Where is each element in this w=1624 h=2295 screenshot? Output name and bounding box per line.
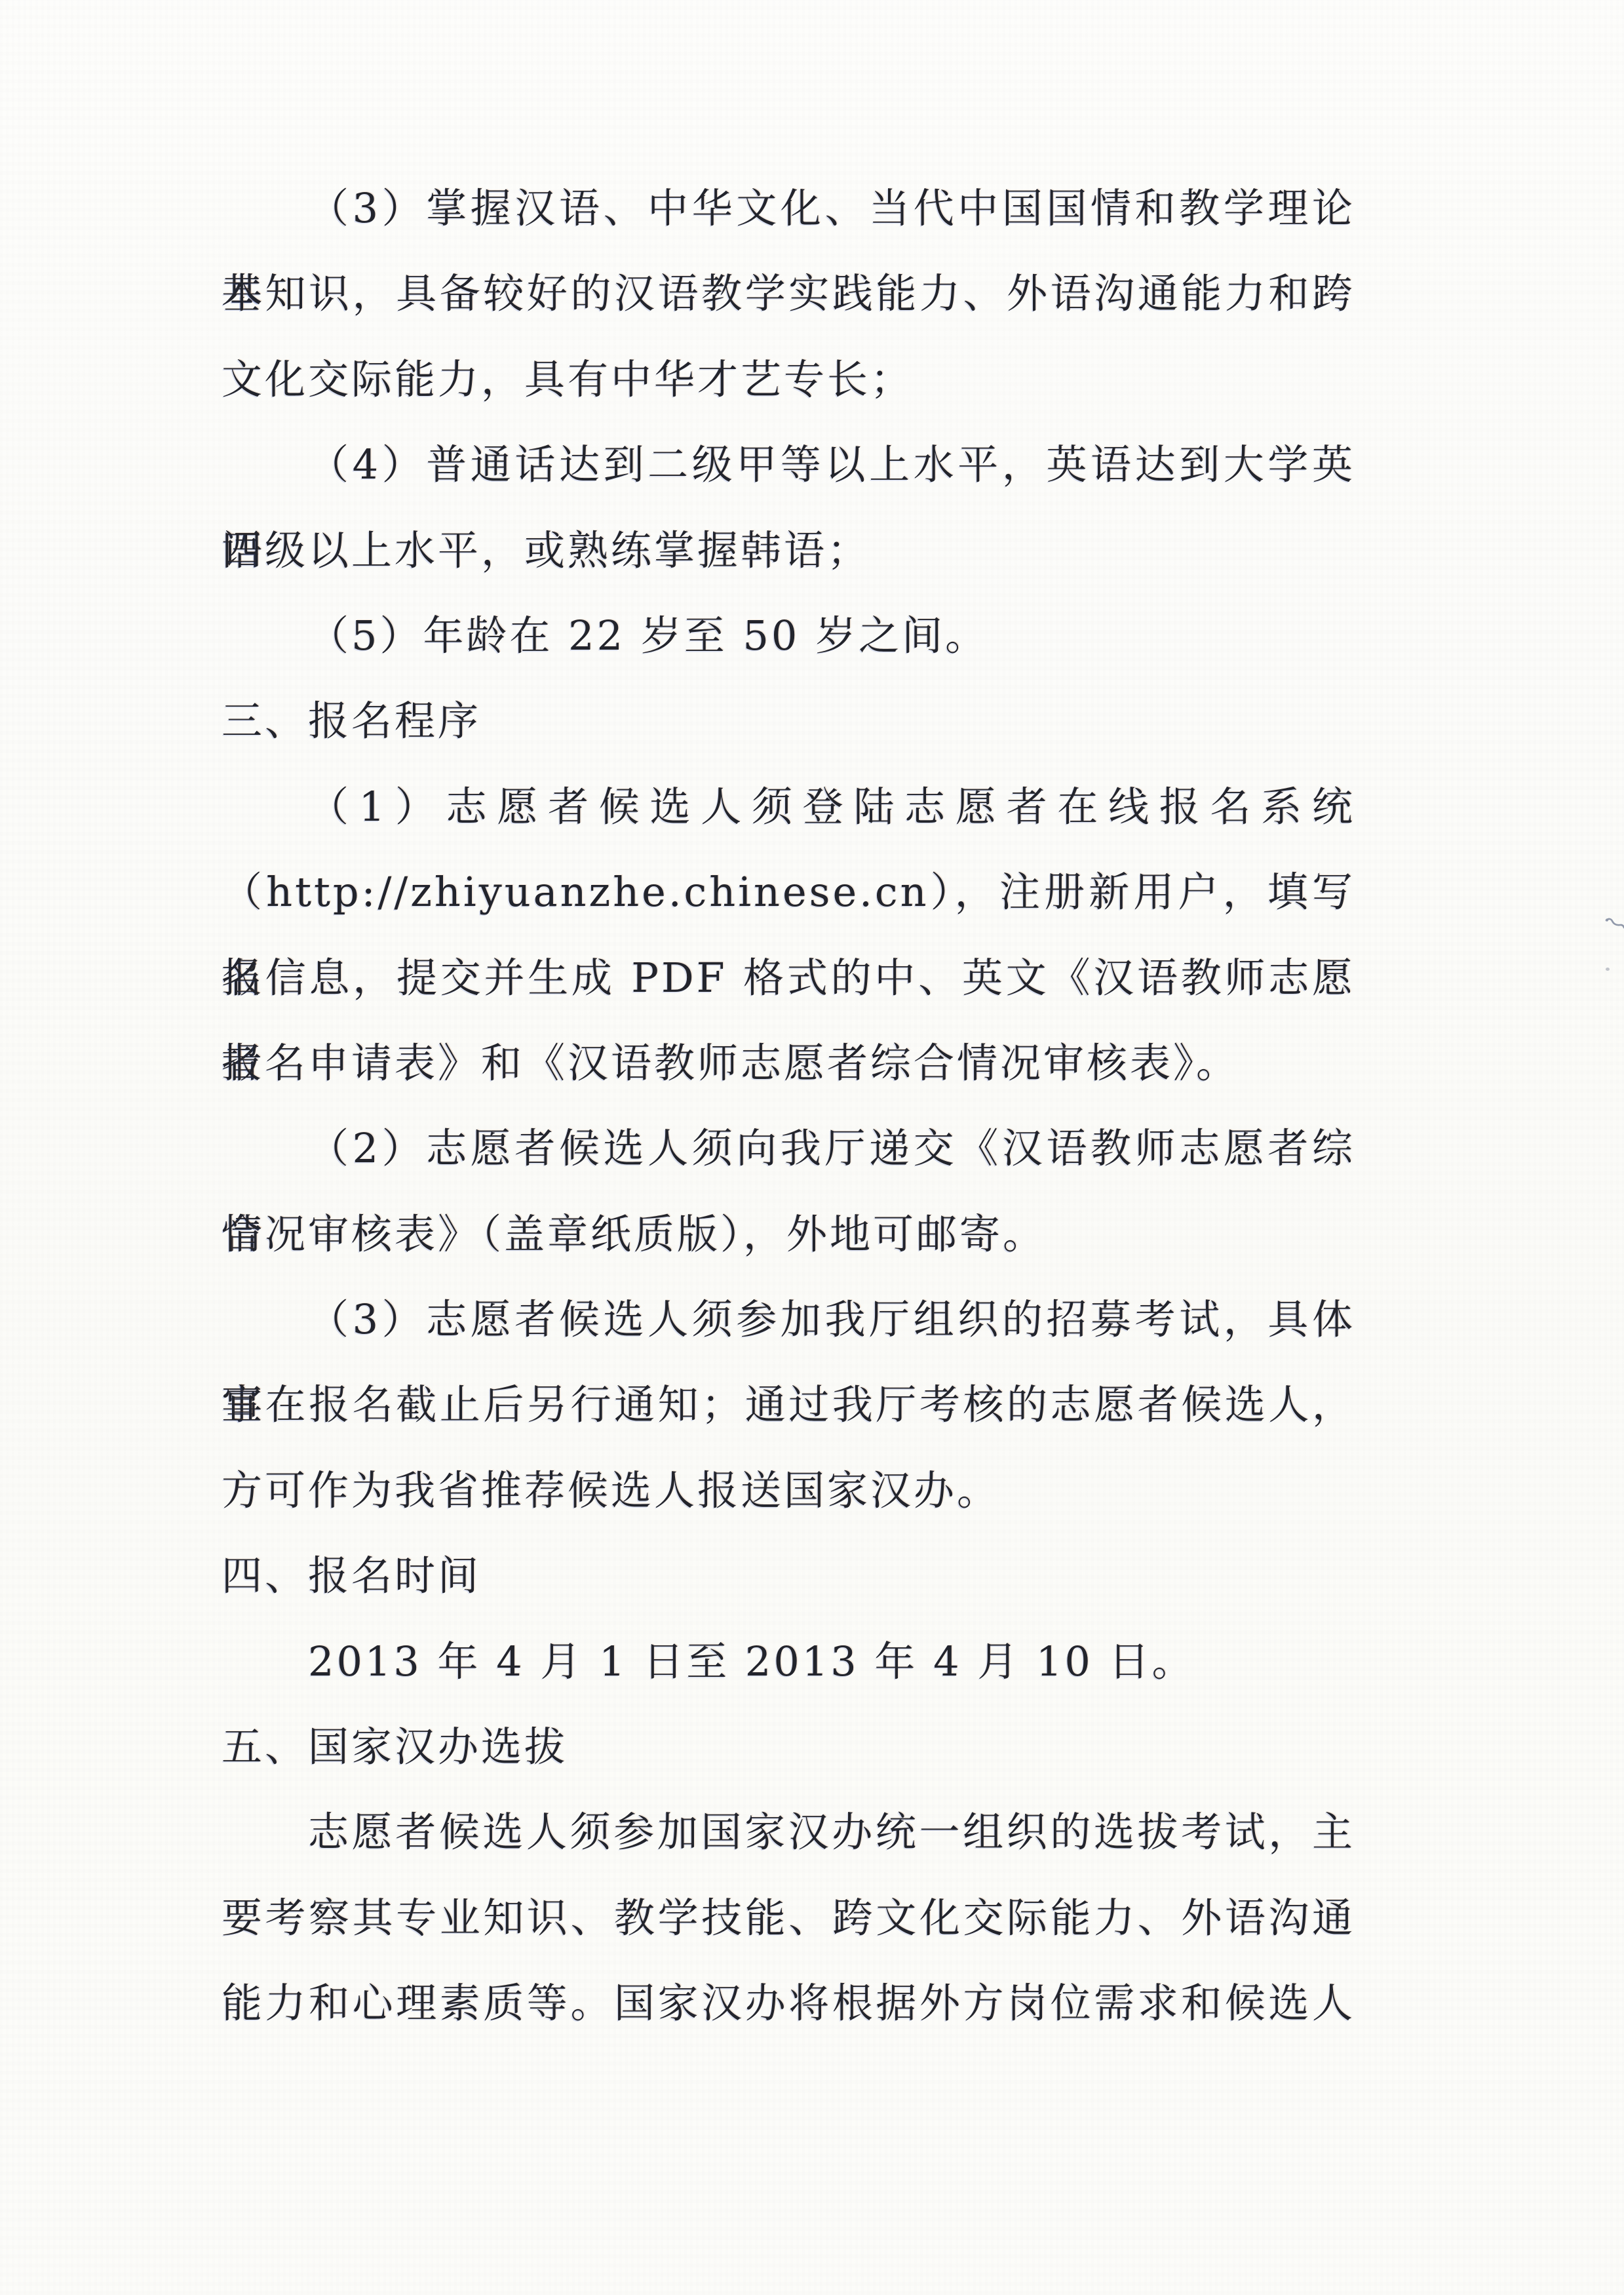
body-line: （5）年龄在 22 岁至 50 岁之间。 — [222, 593, 1355, 678]
body-line: 要考察其专业知识、教学技能、跨文化交际能力、外语沟通 — [222, 1875, 1355, 1961]
body-line: 能力和心理素质等。国家汉办将根据外方岗位需求和候选人 — [222, 1961, 1355, 2046]
body-line: （3）志愿者候选人须参加我厅组织的招募考试，具体事 — [222, 1277, 1355, 1362]
body-line: 名信息，提交并生成 PDF 格式的中、英文《汉语教师志愿者 — [222, 935, 1355, 1021]
section-heading: 五、国家汉办选拔 — [222, 1704, 1355, 1790]
section-heading: 四、报名时间 — [222, 1533, 1355, 1618]
body-line: （4）普通话达到二级甲等以上水平，英语达到大学英语 — [222, 422, 1355, 507]
body-line: （2）志愿者候选人须向我厅递交《汉语教师志愿者综合 — [222, 1106, 1355, 1191]
body-line-date: 2013 年 4 月 1 日至 2013 年 4 月 10 日。 — [222, 1619, 1355, 1704]
body-line: 本知识，具备较好的汉语教学实践能力、外语沟通能力和跨 — [222, 251, 1355, 336]
section-heading: 三、报名程序 — [222, 678, 1355, 764]
body-line: 四级以上水平，或熟练掌握韩语； — [222, 508, 1355, 593]
body-line: （3）掌握汉语、中华文化、当代中国国情和教学理论基 — [222, 166, 1355, 251]
body-line: （1）志愿者候选人须登陆志愿者在线报名系统 — [222, 764, 1355, 850]
body-line: 报名申请表》和《汉语教师志愿者综合情况审核表》。 — [222, 1021, 1355, 1106]
body-line: 文化交际能力，具有中华才艺专长； — [222, 337, 1355, 422]
body-line-url: （http://zhiyuanzhe.chinese.cn），注册新用户，填写报 — [222, 850, 1355, 935]
scanned-page: （3）掌握汉语、中华文化、当代中国国情和教学理论基 本知识，具备较好的汉语教学实… — [0, 0, 1624, 2295]
speck-artifact — [1606, 968, 1610, 971]
pen-mark-artifact — [1604, 915, 1624, 935]
body-line: 方可作为我省推荐候选人报送国家汉办。 — [222, 1448, 1355, 1533]
body-line: 宜在报名截止后另行通知；通过我厅考核的志愿者候选人， — [222, 1362, 1355, 1447]
body-line: 情况审核表》（盖章纸质版），外地可邮寄。 — [222, 1192, 1355, 1277]
body-line: 志愿者候选人须参加国家汉办统一组织的选拔考试，主 — [222, 1790, 1355, 1875]
document-text-block: （3）掌握汉语、中华文化、当代中国国情和教学理论基 本知识，具备较好的汉语教学实… — [222, 166, 1355, 2047]
